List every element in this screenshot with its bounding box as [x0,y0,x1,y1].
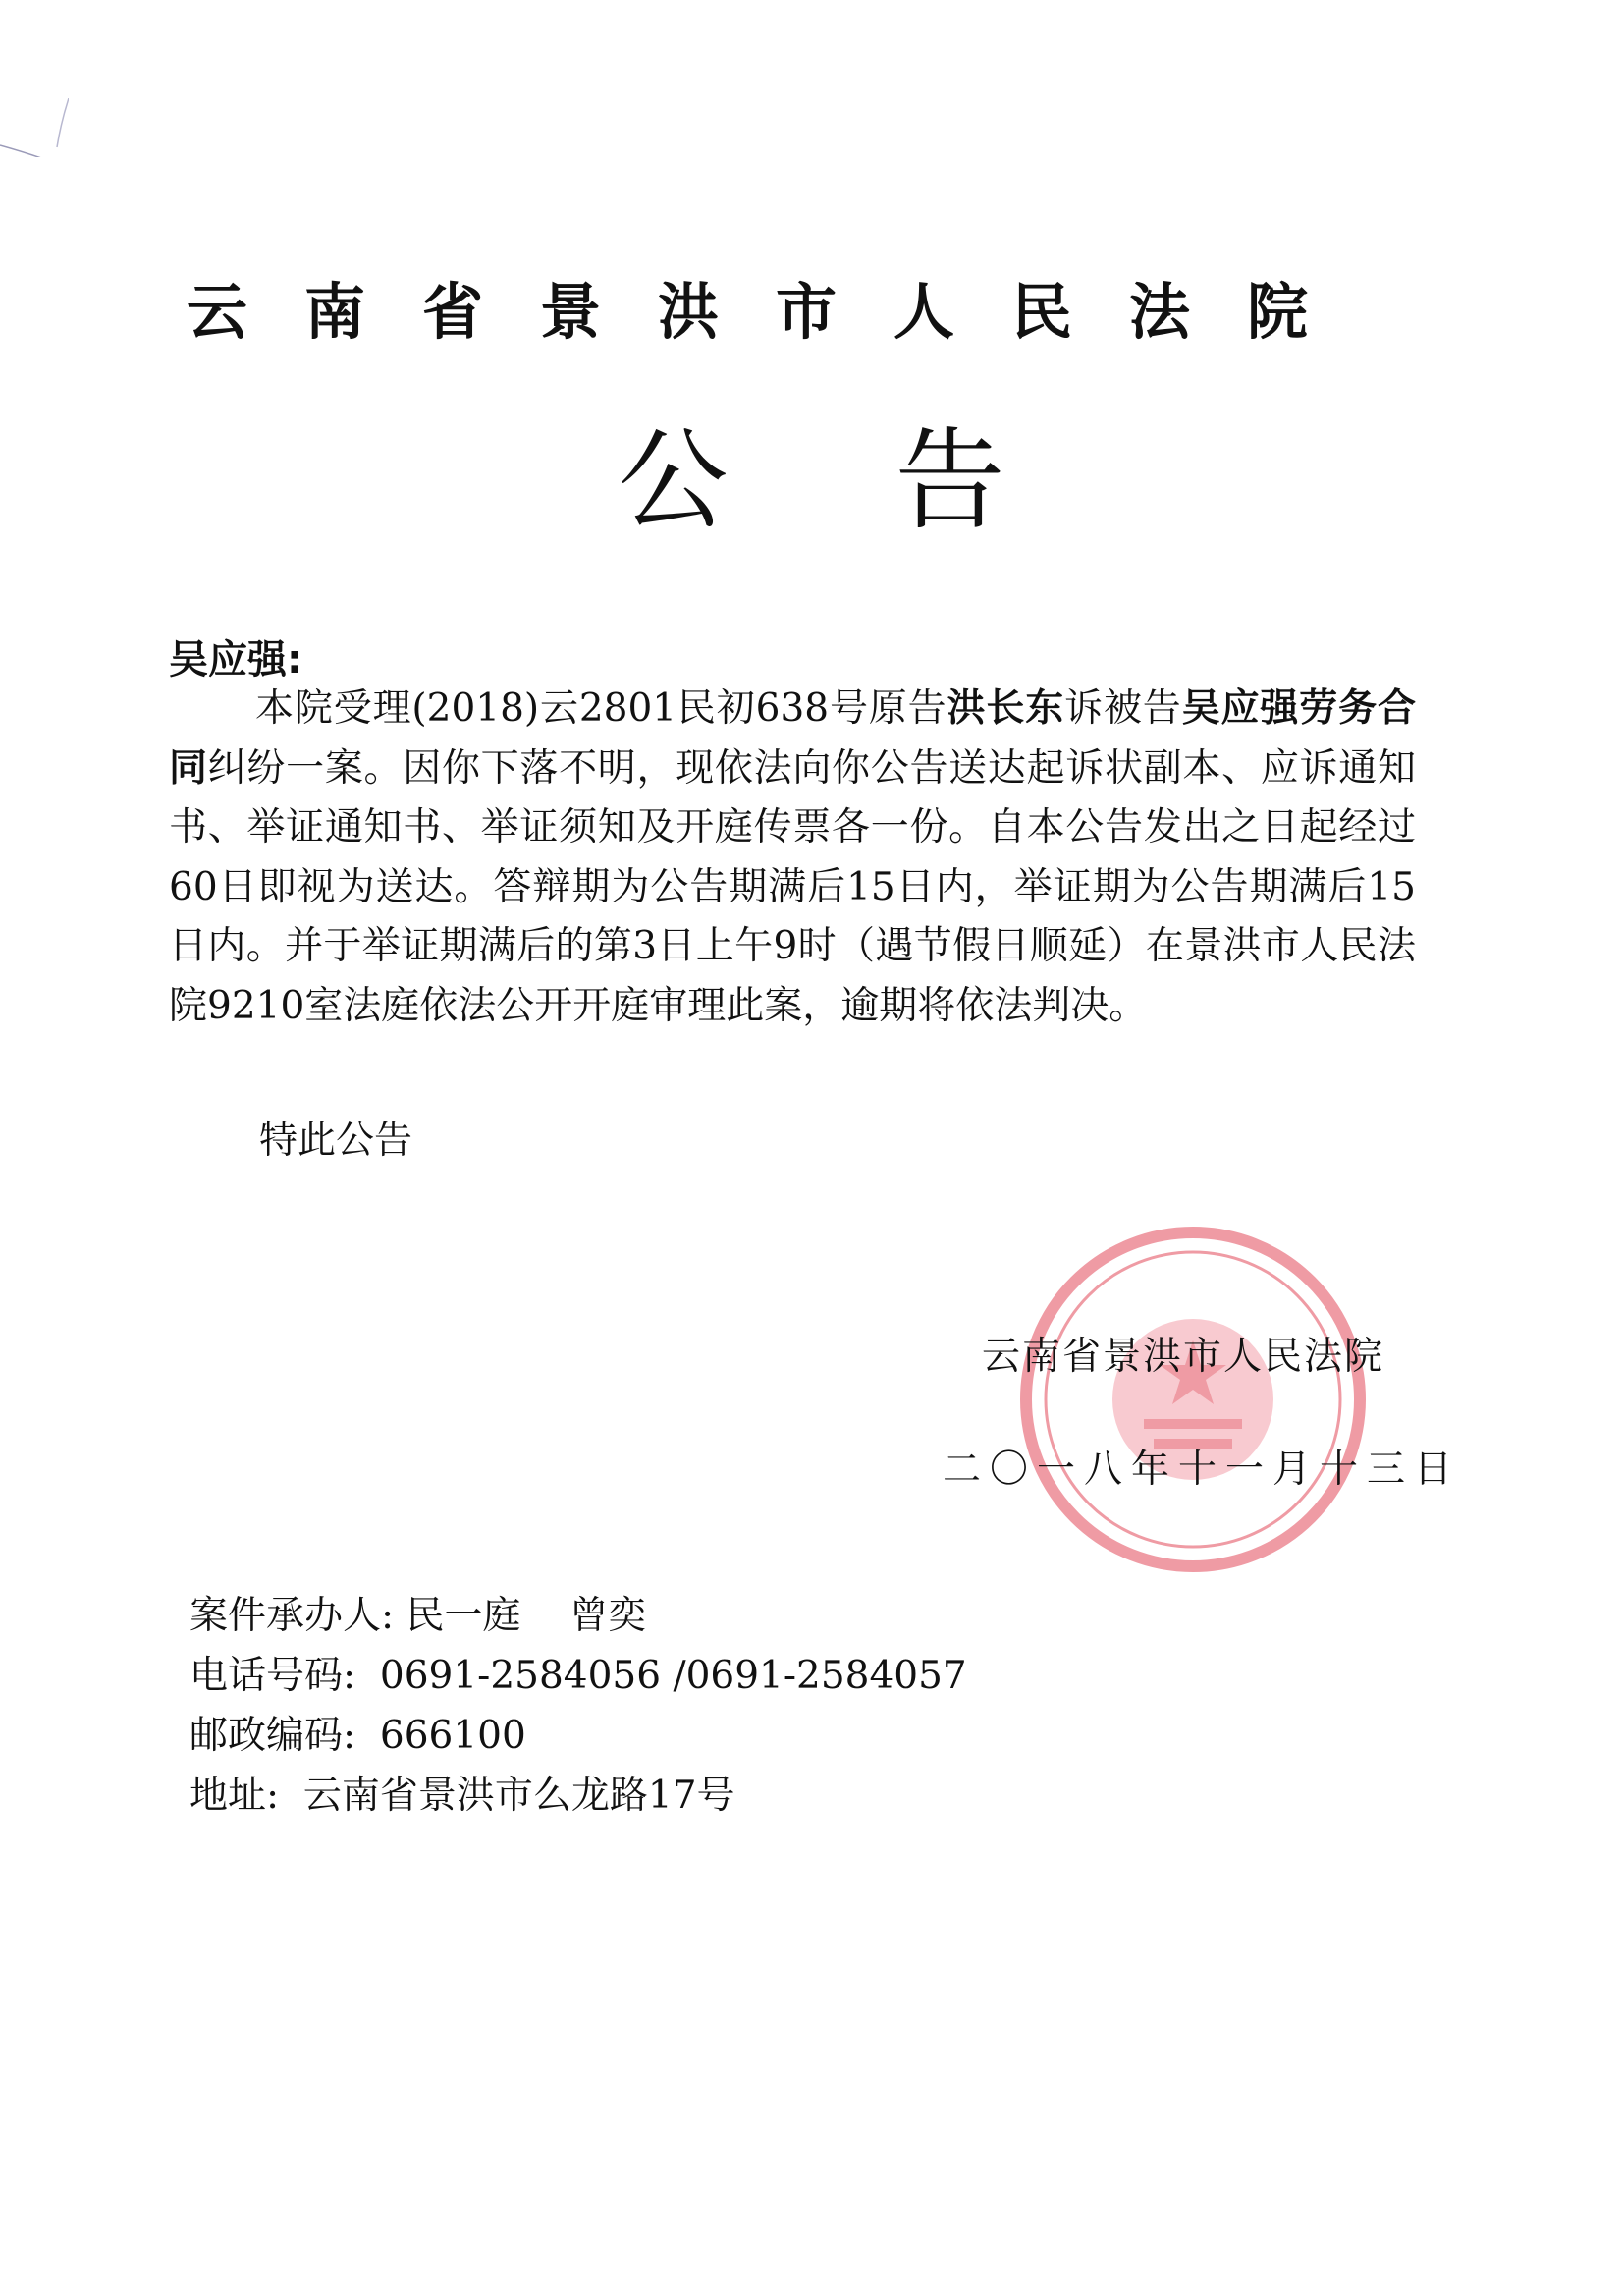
plaintiff-name: 洪长东 [947,686,1065,731]
court-seal-icon [1016,1223,1370,1576]
body-intro: 本院受理(2018)云2801民初638号原告 [255,686,947,731]
case-handler: 案件承办人: 民一庭 曾奕 [189,1586,967,1646]
document-title: 公告 [0,393,1623,551]
signature-court: 云南省景洪市人民法院 [982,1326,1384,1381]
notice-body: 本院受理(2018)云2801民初638号原告洪长东诉被告吴应强劳务合同纠纷一案… [169,680,1416,1036]
phone-numbers: 电话号码: 0691-2584056 /0691-2584057 [189,1646,967,1706]
scan-artifact [0,98,69,157]
defendant-name: 吴应强 [1182,686,1300,731]
signature-date: 二〇一八年十一月十三日 [943,1439,1461,1494]
addressee: 吴应强: [169,629,302,684]
body-rest: 纠纷一案。因你下落不明，现依法向你公告送达起诉状副本、应诉通知书、举证通知书、举… [169,746,1416,1028]
postal-code: 邮政编码: 666100 [189,1706,967,1766]
contact-info: 案件承办人: 民一庭 曾奕 电话号码: 0691-2584056 /0691-2… [189,1586,967,1826]
court-name-header: 云南省景洪市人民法院 [187,263,1394,351]
closing-phrase: 特此公告 [259,1110,412,1165]
court-address: 地址: 云南省景洪市么龙路17号 [189,1766,967,1826]
body-mid: 诉被告 [1064,686,1182,731]
